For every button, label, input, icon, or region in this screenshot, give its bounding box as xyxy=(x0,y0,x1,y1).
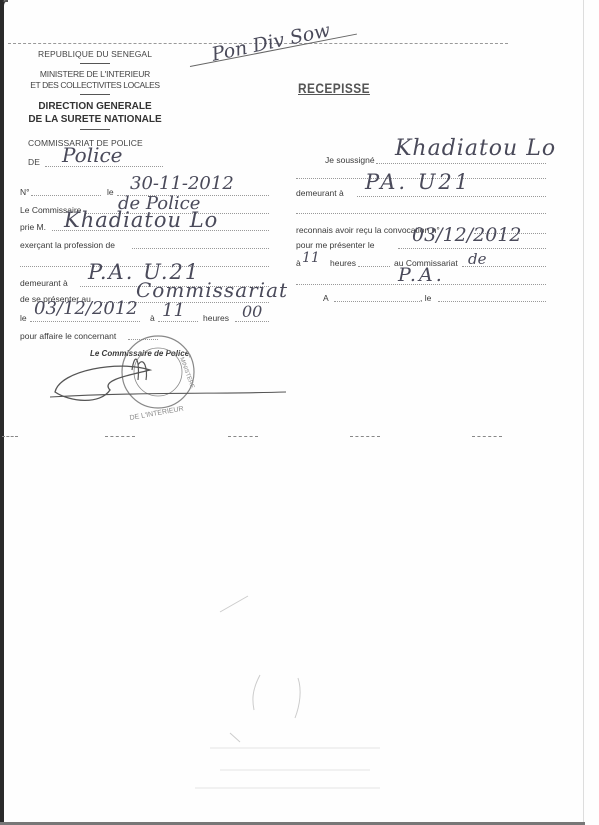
field-line xyxy=(438,301,546,302)
field-line xyxy=(357,196,546,197)
label-le: le xyxy=(107,187,114,197)
label-demeurant-recu: demeurant à xyxy=(296,188,344,198)
field-line xyxy=(398,248,546,249)
field-line xyxy=(31,195,101,196)
label-lieu: A xyxy=(323,293,329,303)
field-line xyxy=(334,301,420,302)
header-ministry-2: ET DES COLLECTIVITES LOCALES xyxy=(20,80,170,90)
label-numero: N° xyxy=(20,187,30,197)
field-line xyxy=(132,248,269,249)
handwritten-demeurant-recu: PA. U21 xyxy=(365,170,471,194)
field-line xyxy=(296,213,546,214)
cut-mark xyxy=(2,436,18,437)
header-ministry-1: MINISTERE DE L'INTERIEUR xyxy=(20,69,170,79)
scan-corner xyxy=(0,0,8,22)
label-heures-recu: heures xyxy=(330,258,356,268)
header-divider xyxy=(80,94,110,95)
label-a-recu: à xyxy=(296,258,301,268)
header-divider xyxy=(80,63,110,64)
bleed-through-marks xyxy=(0,550,599,825)
recepisse-title: RECEPISSE xyxy=(298,80,370,96)
handwritten-commissariat-de: Police xyxy=(62,143,123,167)
handwritten-presenter: Commissariat xyxy=(136,278,288,302)
header-country: REPUBLIQUE DU SENEGAL xyxy=(20,49,170,59)
handwritten-commissariat-recu: de xyxy=(468,250,486,268)
handwritten-date: 30-11-2012 xyxy=(130,173,234,194)
label-soussigne: Je soussigné xyxy=(325,155,375,165)
header-de-label: DE xyxy=(28,157,40,167)
label-le-2: le xyxy=(20,313,27,323)
scanned-document-page: REPUBLIQUE DU SENEGAL MINISTERE DE L'INT… xyxy=(0,0,599,825)
header-direction-2: DE LA SURETE NATIONALE xyxy=(20,114,170,125)
cut-mark xyxy=(350,436,380,437)
label-demeurant: demeurant à xyxy=(20,278,68,288)
label-le-recu: , le xyxy=(420,293,431,303)
label-profession: exerçant la profession de xyxy=(20,240,115,250)
handwritten-presenter-recu: 03/12/2012 xyxy=(412,224,522,246)
handwritten-heure-recu: 11 xyxy=(302,250,320,266)
field-line xyxy=(376,163,546,164)
header-direction-1: DIRECTION GENERALE xyxy=(20,101,170,112)
cut-mark xyxy=(472,436,502,437)
handwritten-heure: 11 xyxy=(162,300,185,321)
header-divider xyxy=(80,129,110,130)
handwritten-commissariat-recu-2: P.A. xyxy=(398,264,445,286)
handwritten-soussigne: Khadiatou Lo xyxy=(395,136,556,161)
cut-mark xyxy=(228,436,258,437)
handwritten-prie-name: Khadiatou Lo xyxy=(64,208,218,232)
field-line xyxy=(358,266,390,267)
handwritten-date-rdv: 03/12/2012 xyxy=(34,298,138,319)
handwritten-minutes: 00 xyxy=(242,302,262,321)
stamp-and-signature: DE L'INTERIEUR MINISTERE xyxy=(40,320,300,430)
label-presenter-recu: pour me présenter le xyxy=(296,240,374,250)
label-prie: prie M. xyxy=(20,222,46,232)
cut-mark xyxy=(105,436,135,437)
